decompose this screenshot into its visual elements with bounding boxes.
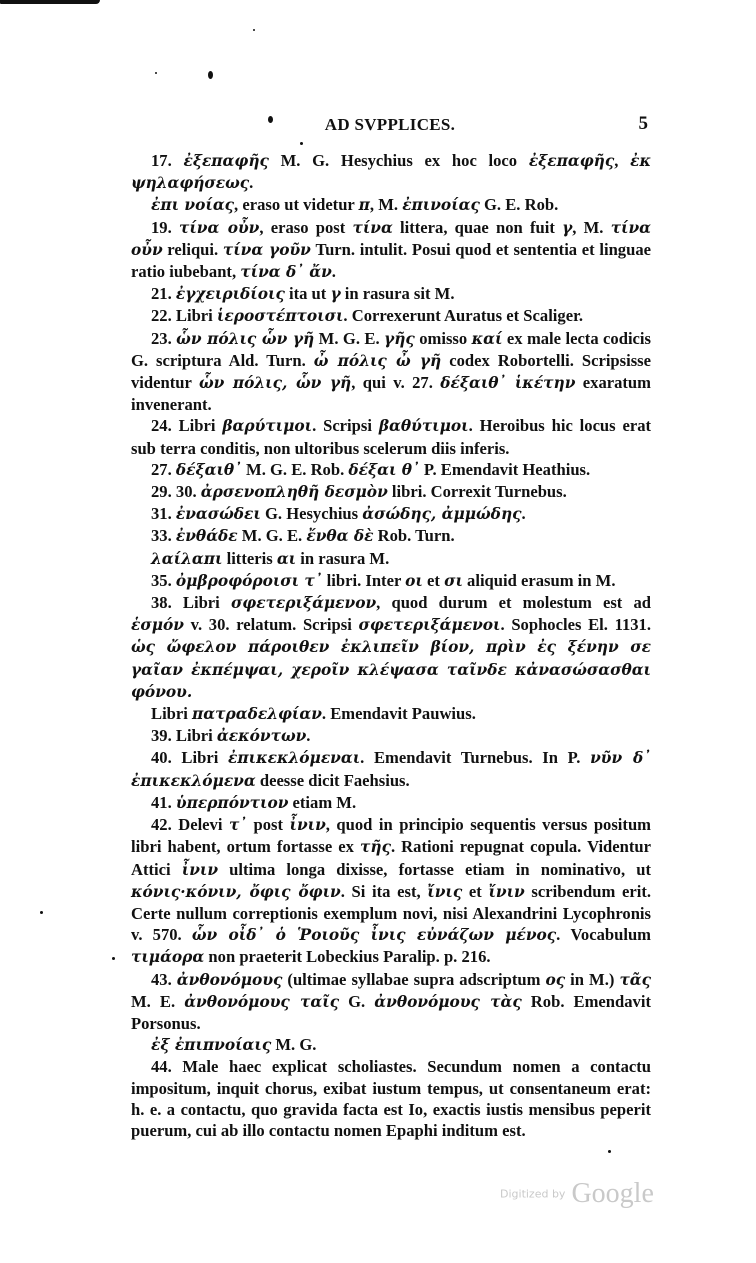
greek-text: ἐγχειριδίοις <box>176 285 285 303</box>
google-logo-text: Google <box>571 1178 653 1209</box>
greek-text: ὧν οἶδ᾽ ὁ Ῥοιοῦς ἶνις εὐνάζων μένος <box>192 926 556 944</box>
latin-text: , quod durum et molestum est ad <box>376 593 651 612</box>
greek-text: βαρύτιμοι <box>222 417 312 435</box>
commentary-body: 17. ἐξεπαφῆς M. G. Hesychius ex hoc loco… <box>131 150 651 1141</box>
greek-text: ἀνθονόμους <box>177 971 283 989</box>
greek-text: τίνα γοῦν <box>223 241 311 259</box>
latin-text: M. G. E. <box>314 329 384 348</box>
scan-speck <box>112 957 115 960</box>
latin-text: etiam M. <box>288 793 356 812</box>
latin-text: M. G. E. <box>238 526 307 545</box>
greek-text: βαθύτιμοι <box>379 417 469 435</box>
latin-text: 29. 30. <box>151 482 201 501</box>
commentary-note: 27. δέξαιθ᾽ M. G. E. Rob. δέξαι θ᾽ P. Em… <box>131 459 651 481</box>
greek-text: ἐξ ἐπιπνοίαις <box>151 1036 271 1054</box>
greek-text: πατραδελφίαν <box>192 705 322 723</box>
latin-text: , M. <box>572 218 610 237</box>
latin-text: , qui v. 27. <box>351 373 440 392</box>
greek-text: ἐνθάδε <box>176 527 238 545</box>
greek-text: ος <box>545 971 565 989</box>
latin-text: , M. <box>370 195 402 214</box>
greek-text: ἀνθονόμους ταῖς <box>184 993 339 1011</box>
scan-speck <box>608 1150 611 1153</box>
greek-text: γ <box>562 219 572 237</box>
latin-text: M. G. Hesychius ex hoc loco <box>269 151 529 170</box>
page-number: 5 <box>639 113 649 135</box>
commentary-note: λαίλαπι litteris αι in rasura M. <box>131 548 651 570</box>
scan-speck <box>300 142 303 145</box>
greek-text: ἴνις <box>427 883 462 901</box>
greek-text: δέξαι θ᾽ <box>348 461 419 479</box>
greek-text: ἀρσενοπληθῆ δεσμὸν <box>201 483 388 501</box>
latin-text: M. G. E. Rob. <box>242 460 348 479</box>
latin-text: 39. Libri <box>151 726 217 745</box>
greek-text: ἐπινοίας <box>402 196 480 214</box>
greek-text: ὀμβροφόροισι τ᾽ <box>176 572 323 590</box>
commentary-note: 21. ἐγχειριδίοις ita ut γ in rasura sit … <box>131 283 651 305</box>
greek-text: αι <box>277 550 296 568</box>
latin-text: ita ut <box>285 284 331 303</box>
running-header: AD SVPPLICES. 5 <box>130 115 650 137</box>
latin-text: G. E. Rob. <box>480 195 558 214</box>
latin-text: . Sophocles El. 1131. <box>501 615 652 634</box>
latin-text: libri. Correxit Turnebus. <box>388 482 567 501</box>
latin-text: ultima longa dixisse, fortasse etiam in … <box>218 860 651 879</box>
scan-speck <box>253 29 255 31</box>
greek-text: τίνα <box>352 219 392 237</box>
latin-text: . Vocabulum <box>556 925 651 944</box>
greek-text: κόνις·κόνιν, ὄφις ὄφιν <box>131 883 341 901</box>
latin-text: . Emendavit Pauwius. <box>322 704 476 723</box>
latin-text: deesse dicit Faehsius. <box>256 771 410 790</box>
scan-speck <box>155 72 157 74</box>
latin-text: . Si ita est, <box>341 882 428 901</box>
commentary-note: 41. ὑπερπόντιον etiam M. <box>131 792 651 814</box>
commentary-note: 43. ἀνθονόμους (ultimae syllabae supra a… <box>131 969 651 1035</box>
commentary-note: 24. Libri βαρύτιμοι. Scripsi βαθύτιμοι. … <box>131 415 651 458</box>
greek-text: π <box>359 196 370 214</box>
latin-text: 40. Libri <box>151 748 228 767</box>
latin-text: 23. <box>151 329 176 348</box>
latin-text: 22. Libri <box>151 306 217 325</box>
latin-text: G. Hesychius <box>261 504 362 523</box>
latin-text: 44. Male haec explicat scholiastes. Secu… <box>131 1057 651 1140</box>
latin-text: non praeterit Lobeckius Paralip. p. 216. <box>204 947 490 966</box>
commentary-note: 42. Delevi τ᾽ post ἶνιν, quod in princip… <box>131 814 651 968</box>
latin-text: . Correxerunt Auratus et Scaliger. <box>343 306 583 325</box>
greek-text: τίνα οὖν <box>179 219 259 237</box>
greek-text: ὦ πόλις ὦ γῆ <box>314 352 441 370</box>
latin-text: . <box>332 262 336 281</box>
latin-text: in rasura sit M. <box>341 284 455 303</box>
latin-text: , <box>614 151 630 170</box>
greek-text: καί <box>472 330 503 348</box>
greek-text: ἐξεπαφῆς <box>183 152 268 170</box>
greek-text: ἶνιν <box>290 816 326 834</box>
running-head-title: AD SVPPLICES. <box>130 115 650 135</box>
commentary-note: 40. Libri ἐπικεκλόμεναι. Emendavit Turne… <box>131 747 651 791</box>
commentary-note: Libri πατραδελφίαν. Emendavit Pauwius. <box>131 703 651 725</box>
greek-text: ἴνιν <box>488 883 524 901</box>
greek-text: ὧν πόλις, ὧν γῆ <box>199 374 351 392</box>
commentary-note: 44. Male haec explicat scholiastes. Secu… <box>131 1056 651 1141</box>
latin-text: 42. Delevi <box>151 815 229 834</box>
digitized-by-google-watermark: Digitized by Google <box>500 1178 654 1210</box>
greek-text: ἱεροστέπτοισι <box>217 307 344 325</box>
commentary-note: ἐπι νοίας, eraso ut videtur π, M. ἐπινοί… <box>131 194 651 216</box>
latin-text: Rob. Turn. <box>373 526 454 545</box>
latin-text: in rasura M. <box>296 549 389 568</box>
latin-text: post <box>247 815 289 834</box>
greek-text: δέξαιθ᾽ ἱκέτην <box>440 374 575 392</box>
latin-text: G. <box>339 992 374 1011</box>
greek-text: ὡς ὤφελον πάροιθεν ἐκλιπεῖν βίον, πρὶν ἐ… <box>131 638 651 700</box>
greek-text: ὧν πόλις ὧν γῆ <box>176 330 314 348</box>
greek-text: τῆς <box>360 838 391 856</box>
latin-text: et <box>462 882 488 901</box>
latin-text: reliqui. <box>163 240 223 259</box>
greek-text: ὑπερπόντιον <box>176 794 289 812</box>
commentary-note: 23. ὧν πόλις ὧν γῆ M. G. E. γῆς omisso κ… <box>131 328 651 416</box>
greek-text: ἔνθα δὲ <box>306 527 373 545</box>
latin-text: 27. <box>151 460 176 479</box>
greek-text: ἶνιν <box>182 861 218 879</box>
commentary-note: ἐξ ἐπιπνοίαις M. G. <box>131 1034 651 1056</box>
greek-text: τᾶς <box>619 971 651 989</box>
greek-text: ἑσμόν <box>131 616 184 634</box>
greek-text: γ <box>330 285 340 303</box>
latin-text: 35. <box>151 571 176 590</box>
latin-text: , eraso ut videtur <box>234 195 359 214</box>
latin-text: . <box>306 726 310 745</box>
greek-text: ἐπικεκλόμεναι <box>228 749 360 767</box>
commentary-note: 29. 30. ἀρσενοπληθῆ δεσμὸν libri. Correx… <box>131 481 651 503</box>
latin-text: 17. <box>151 151 183 170</box>
latin-text: et <box>423 571 444 590</box>
greek-text: δέξαιθ᾽ <box>176 461 242 479</box>
greek-text: ἀσώδης, ἀμμώδης <box>362 505 521 523</box>
latin-text: . Emendavit Turnebus. In P. <box>360 748 590 767</box>
latin-text: libri. Inter <box>323 571 406 590</box>
latin-text: 33. <box>151 526 176 545</box>
greek-text: γῆς <box>384 330 415 348</box>
scan-speck <box>40 911 43 914</box>
greek-text: λαίλαπι <box>151 550 222 568</box>
latin-text: (ultimae syllabae supra adscriptum <box>282 970 545 989</box>
latin-text: 43. <box>151 970 177 989</box>
latin-text: in M.) <box>565 970 619 989</box>
greek-text: τιμάορα <box>131 948 204 966</box>
commentary-note: 38. Libri σφετεριξάμενον, quod durum et … <box>131 592 651 703</box>
greek-text: ἀνθονόμους τὰς <box>374 993 521 1011</box>
greek-text: σφετεριξάμενοι <box>359 616 501 634</box>
commentary-note: 22. Libri ἱεροστέπτοισι. Correxerunt Aur… <box>131 305 651 327</box>
greek-text: σφετεριξάμενον <box>231 594 376 612</box>
greek-text: ἀεκόντων <box>217 727 306 745</box>
latin-text: omisso <box>415 329 472 348</box>
greek-text: ἐνασώδει <box>176 505 261 523</box>
commentary-note: 39. Libri ἀεκόντων. <box>131 725 651 747</box>
latin-text: litteris <box>222 549 276 568</box>
greek-text: σι <box>444 572 463 590</box>
latin-text: . <box>249 173 253 192</box>
greek-text: ἐπι νοίας <box>151 196 234 214</box>
commentary-note: 33. ἐνθάδε M. G. E. ἔνθα δὲ Rob. Turn. <box>131 525 651 547</box>
latin-text: . Scripsi <box>312 416 379 435</box>
latin-text: 19. <box>151 218 179 237</box>
latin-text: , eraso post <box>259 218 352 237</box>
latin-text: v. 30. relatum. Scripsi <box>184 615 359 634</box>
greek-text: τ᾽ <box>229 816 247 834</box>
scan-edge-smudge <box>0 0 100 4</box>
commentary-note: 17. ἐξεπαφῆς M. G. Hesychius ex hoc loco… <box>131 150 651 194</box>
latin-text: P. Emendavit Heathius. <box>420 460 590 479</box>
latin-text: M. E. <box>131 992 184 1011</box>
latin-text: 21. <box>151 284 176 303</box>
latin-text: Libri <box>151 704 192 723</box>
greek-text: ἐξεπαφῆς <box>529 152 614 170</box>
latin-text: 31. <box>151 504 176 523</box>
commentary-note: 19. τίνα οὖν, eraso post τίνα littera, q… <box>131 217 651 284</box>
commentary-note: 31. ἐνασώδει G. Hesychius ἀσώδης, ἀμμώδη… <box>131 503 651 525</box>
latin-text: 41. <box>151 793 176 812</box>
greek-text: τίνα δ᾽ ἄν <box>240 263 332 281</box>
latin-text: . <box>522 504 526 523</box>
latin-text: M. G. <box>271 1035 316 1054</box>
latin-text: littera, quae non fuit <box>393 218 562 237</box>
watermark-prefix: Digitized by <box>500 1188 565 1201</box>
latin-text: 38. Libri <box>151 593 231 612</box>
scan-speck <box>208 71 213 79</box>
commentary-note: 35. ὀμβροφόροισι τ᾽ libri. Inter οι et σ… <box>131 570 651 592</box>
latin-text: 24. Libri <box>151 416 222 435</box>
latin-text: aliquid erasum in M. <box>463 571 616 590</box>
greek-text: οι <box>405 572 423 590</box>
